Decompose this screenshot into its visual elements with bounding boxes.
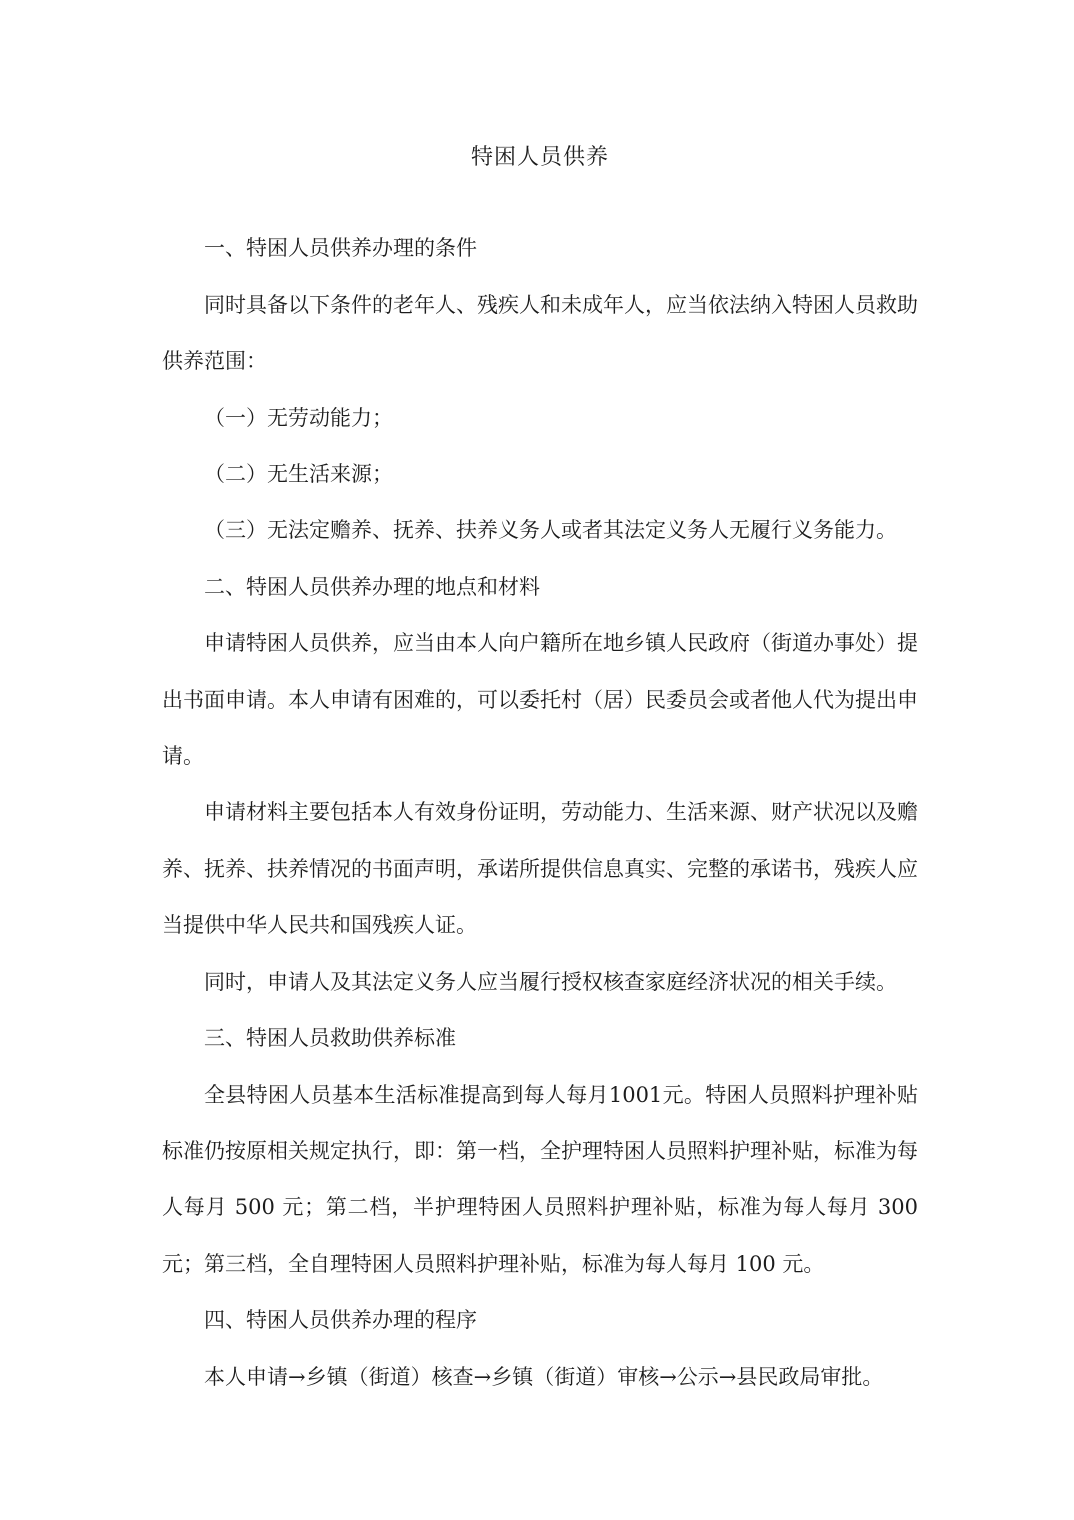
list-item-no-work-ability: （一）无劳动能力； bbox=[162, 390, 918, 446]
section-heading-1: 一、特困人员供养办理的条件 bbox=[162, 220, 918, 276]
paragraph-support-standards: 全县特困人员基本生活标准提高到每人每月1001元。特困人员照料护理补贴标准仍按原… bbox=[162, 1067, 918, 1293]
paragraph-application-location: 申请特困人员供养，应当由本人向户籍所在地乡镇人民政府（街道办事处）提出书面申请。… bbox=[162, 615, 918, 784]
paragraph-eligibility-intro: 同时具备以下条件的老年人、残疾人和未成年人，应当依法纳入特困人员救助供养范围： bbox=[162, 277, 918, 390]
document-page: 特困人员供养 一、特困人员供养办理的条件 同时具备以下条件的老年人、残疾人和未成… bbox=[0, 0, 1074, 1520]
document-title: 特困人员供养 bbox=[162, 130, 918, 186]
section-heading-4: 四、特困人员供养办理的程序 bbox=[162, 1292, 918, 1348]
list-item-no-legal-supporter: （三）无法定赡养、抚养、扶养义务人或者其法定义务人无履行义务能力。 bbox=[162, 502, 918, 558]
section-heading-3: 三、特困人员救助供养标准 bbox=[162, 1010, 918, 1066]
paragraph-authorization-procedure: 同时，申请人及其法定义务人应当履行授权核查家庭经济状况的相关手续。 bbox=[162, 954, 918, 1010]
list-item-no-income-source: （二）无生活来源； bbox=[162, 446, 918, 502]
paragraph-handling-procedure: 本人申请→乡镇（街道）核查→乡镇（街道）审核→公示→县民政局审批。 bbox=[162, 1349, 918, 1405]
paragraph-application-materials: 申请材料主要包括本人有效身份证明，劳动能力、生活来源、财产状况以及赡养、抚养、扶… bbox=[162, 784, 918, 953]
section-heading-2: 二、特困人员供养办理的地点和材料 bbox=[162, 559, 918, 615]
